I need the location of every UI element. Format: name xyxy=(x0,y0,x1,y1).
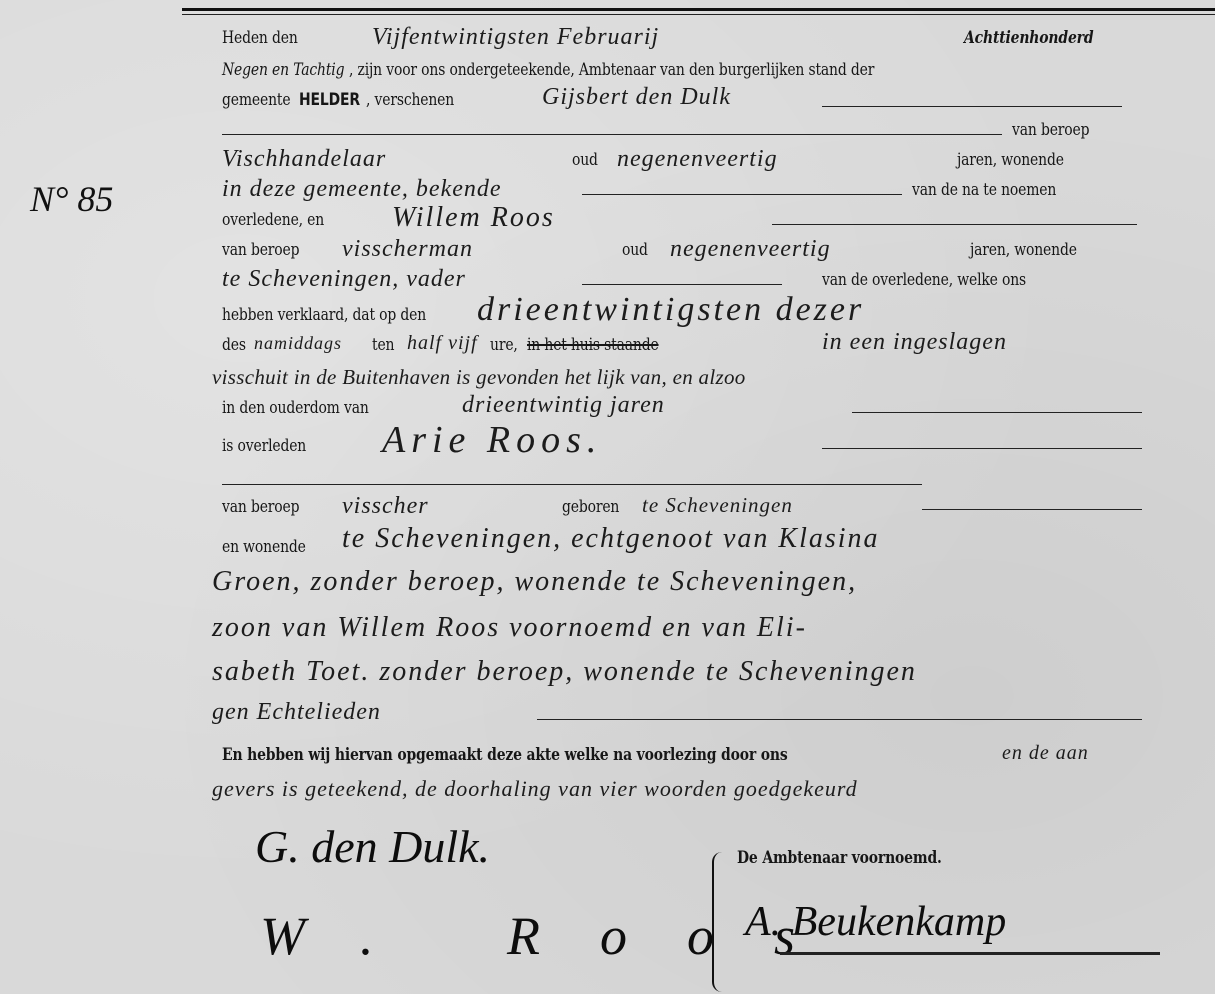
fill-line xyxy=(582,284,782,285)
line-15: van beroep visscher geboren te Schevenin… xyxy=(222,497,316,527)
printed-text: van beroep xyxy=(222,240,299,260)
printed-text: van beroep xyxy=(222,497,299,517)
handwritten-text: namiddags xyxy=(254,333,342,354)
fill-line xyxy=(582,194,902,195)
printed-closing: En hebben wij hiervan opgemaakt deze akt… xyxy=(222,745,788,765)
printed-text: Heden den xyxy=(222,28,298,48)
printed-text: ten xyxy=(372,335,394,355)
line-21: En hebben wij hiervan opgemaakt deze akt… xyxy=(222,745,912,775)
line-14: is overleden Arie Roos. xyxy=(222,436,325,466)
handwritten-text: visschuit in de Buitenhaven is gevonden … xyxy=(212,365,746,390)
printed-text: en wonende xyxy=(222,537,306,557)
line-11: des namiddags ten half vijf ure, in het … xyxy=(222,335,251,365)
printed-text: overledene, en xyxy=(222,210,324,230)
fill-line xyxy=(537,719,1142,720)
handwritten-text: en de aan xyxy=(1002,742,1089,765)
fill-line xyxy=(822,448,1142,449)
fill-line xyxy=(222,134,1002,135)
handwritten-witness: Willem Roos xyxy=(392,202,555,234)
handwritten-time: half vijf xyxy=(407,332,478,355)
line-1: Heden den Vijfentwintigsten Februarij Ac… xyxy=(222,28,314,58)
top-rule-thin xyxy=(182,14,1215,15)
top-rule xyxy=(182,8,1215,11)
handwritten-text: te Scheveningen, vader xyxy=(222,266,466,293)
handwritten-text: te Scheveningen, echtgenoot van Klasina xyxy=(342,523,880,555)
handwritten-occupation: visscherman xyxy=(342,236,473,263)
municipality: HELDER xyxy=(299,90,360,110)
handwritten-text: Groen, zonder beroep, wonende te Scheven… xyxy=(212,566,857,598)
printed-text: Achttienhonderd xyxy=(964,28,1093,48)
handwritten-text: sabeth Toet. zonder beroep, wonende te S… xyxy=(212,656,917,688)
line-13: in den ouderdom van drieentwintig jaren xyxy=(222,398,401,428)
signature-declarant-1: G. den Dulk. xyxy=(255,820,490,873)
printed-text: des xyxy=(222,335,246,355)
printed-text: oud xyxy=(572,150,598,170)
struck-text: in het huis staande xyxy=(527,335,659,355)
fill-line xyxy=(822,106,1122,107)
printed-year: Negen en Tachtig xyxy=(222,60,344,80)
printed-text: gemeente xyxy=(222,90,290,110)
handwritten-text: gevers is geteekend, de doorhaling van v… xyxy=(212,776,858,802)
printed-text: van beroep xyxy=(1012,120,1089,140)
handwritten-text: zoon van Willem Roos voornoemd en van El… xyxy=(212,612,807,644)
printed-text: , verschenen xyxy=(366,90,454,110)
printed-text: is overleden xyxy=(222,436,306,456)
record-number: N° 85 xyxy=(30,178,113,220)
handwritten-age: drieentwintig jaren xyxy=(462,392,665,419)
line-3: gemeente HELDER, verschenen Gijsbert den… xyxy=(222,90,473,120)
line-10: hebben verklaard, dat op den drieentwint… xyxy=(222,305,471,335)
handwritten-text: in een ingeslagen xyxy=(822,329,1007,356)
fill-line xyxy=(922,509,1142,510)
printed-text: van de na te noemen xyxy=(912,180,1056,200)
printed-text: oud xyxy=(622,240,648,260)
line-7: overledene, en Willem Roos xyxy=(222,210,347,240)
handwritten-age: negenenveertig xyxy=(617,146,778,173)
handwritten-occupation: Vischhandelaar xyxy=(222,146,386,173)
printed-text: van de overledene, welke ons xyxy=(822,270,1026,290)
printed-text: geboren xyxy=(562,497,619,517)
printed-text: hebben verklaard, dat op den xyxy=(222,305,426,325)
signature-underline xyxy=(780,952,1160,955)
fill-line xyxy=(852,412,1142,413)
signature-official: A. Beukenkamp xyxy=(745,898,1006,946)
handwritten-deceased-name: Arie Roos. xyxy=(382,418,602,462)
fill-line xyxy=(222,484,922,485)
handwritten-text: gen Echtelieden xyxy=(212,699,381,726)
printed-text: ure, xyxy=(490,335,518,355)
signature-brace xyxy=(712,852,726,992)
handwritten-age: negenenveertig xyxy=(670,236,831,263)
official-label: De Ambtenaar voornoemd. xyxy=(737,848,942,868)
printed-text: , zijn voor ons ondergeteekende, Ambtena… xyxy=(349,60,874,80)
handwritten-date: drieentwintigsten dezer xyxy=(477,291,864,329)
handwritten-birthplace: te Scheveningen xyxy=(642,493,793,518)
handwritten-declarant: Gijsbert den Dulk xyxy=(542,84,731,111)
handwritten-text: in deze gemeente, bekende xyxy=(222,176,502,203)
printed-text: jaren, wonende xyxy=(957,150,1064,170)
handwritten-date: Vijfentwintigsten Februarij xyxy=(372,24,659,51)
handwritten-occupation: visscher xyxy=(342,493,429,520)
line-16: en wonende te Scheveningen, echtgenoot v… xyxy=(222,537,324,567)
fill-line xyxy=(772,224,1137,225)
printed-text: jaren, wonende xyxy=(970,240,1077,260)
printed-text: in den ouderdom van xyxy=(222,398,369,418)
